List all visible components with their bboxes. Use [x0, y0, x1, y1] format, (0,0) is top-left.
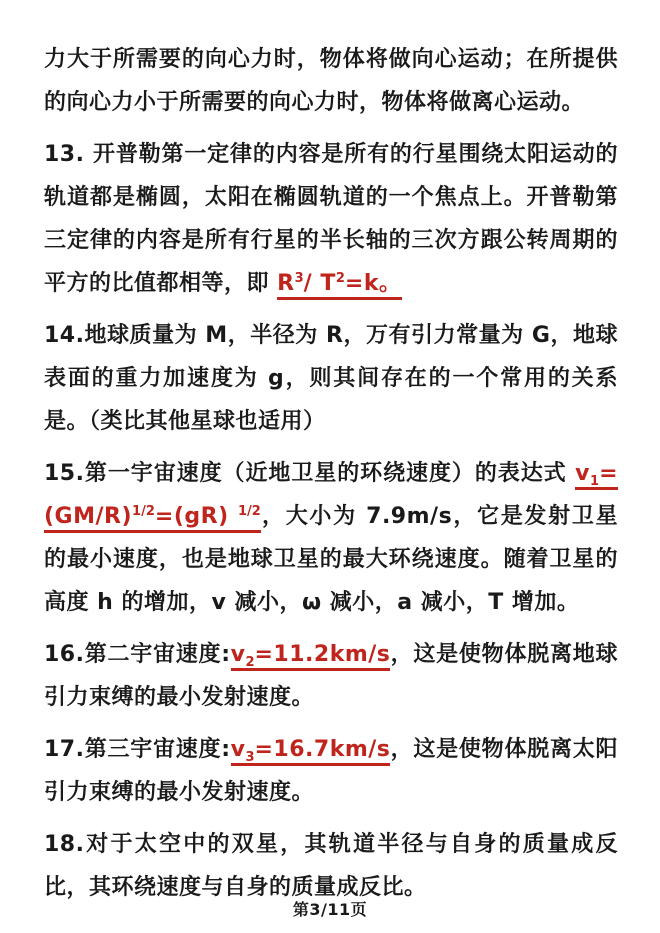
- document-content: 力大于所需要的向心力时，物体将做向心运动；在所提供的向心力小于所需要的向心力时，…: [44, 38, 618, 918]
- paragraph-item-13-kepler-laws: 13. 开普勒第一定律的内容是所有的行星围绕太阳运动的轨道都是椭圆，太阳在椭圆轨…: [44, 133, 618, 305]
- paragraph-item-16-second-cosmic-velocity: 16.第二宇宙速度:v2=11.2km/s，这是使物体脱离地球引力束缚的最小发射…: [44, 633, 618, 719]
- text-segment: 18.对于太空中的双星，其轨道半径与自身的质量成反比，其环绕速度与自身的质量成反…: [44, 832, 618, 900]
- formula-red-underlined: R3/ T2=k。: [277, 271, 401, 300]
- text-segment: 15.第一宇宙速度（近地卫星的环绕速度）的表达式: [44, 461, 575, 486]
- text-segment: 16.第二宇宙速度:: [44, 642, 231, 667]
- text-segment: 17.第三宇宙速度:: [44, 737, 231, 762]
- text-segment: 14.地球质量为 M，半径为 R，万有引力常量为 G，地球表面的重力加速度为 g…: [44, 323, 618, 434]
- paragraph-item-15-first-cosmic-velocity: 15.第一宇宙速度（近地卫星的环绕速度）的表达式 v1=(GM/R)1/2=(g…: [44, 452, 618, 624]
- document-page: 力大于所需要的向心力时，物体将做向心运动；在所提供的向心力小于所需要的向心力时，…: [0, 0, 660, 933]
- paragraph-item-17-third-cosmic-velocity: 17.第三宇宙速度:v3=16.7km/s，这是使物体脱离太阳引力束缚的最小发射…: [44, 728, 618, 814]
- formula-red-underlined: v3=16.7km/s: [231, 737, 391, 766]
- paragraph-item-14-earth-mass-relation: 14.地球质量为 M，半径为 R，万有引力常量为 G，地球表面的重力加速度为 g…: [44, 314, 618, 443]
- formula-red-underlined: v2=11.2km/s: [231, 642, 391, 671]
- paragraph-item-12-continuation: 力大于所需要的向心力时，物体将做向心运动；在所提供的向心力小于所需要的向心力时，…: [44, 38, 618, 124]
- text-segment: 力大于所需要的向心力时，物体将做向心运动；在所提供的向心力小于所需要的向心力时，…: [44, 47, 618, 115]
- page-number: 第3/11页: [0, 897, 660, 920]
